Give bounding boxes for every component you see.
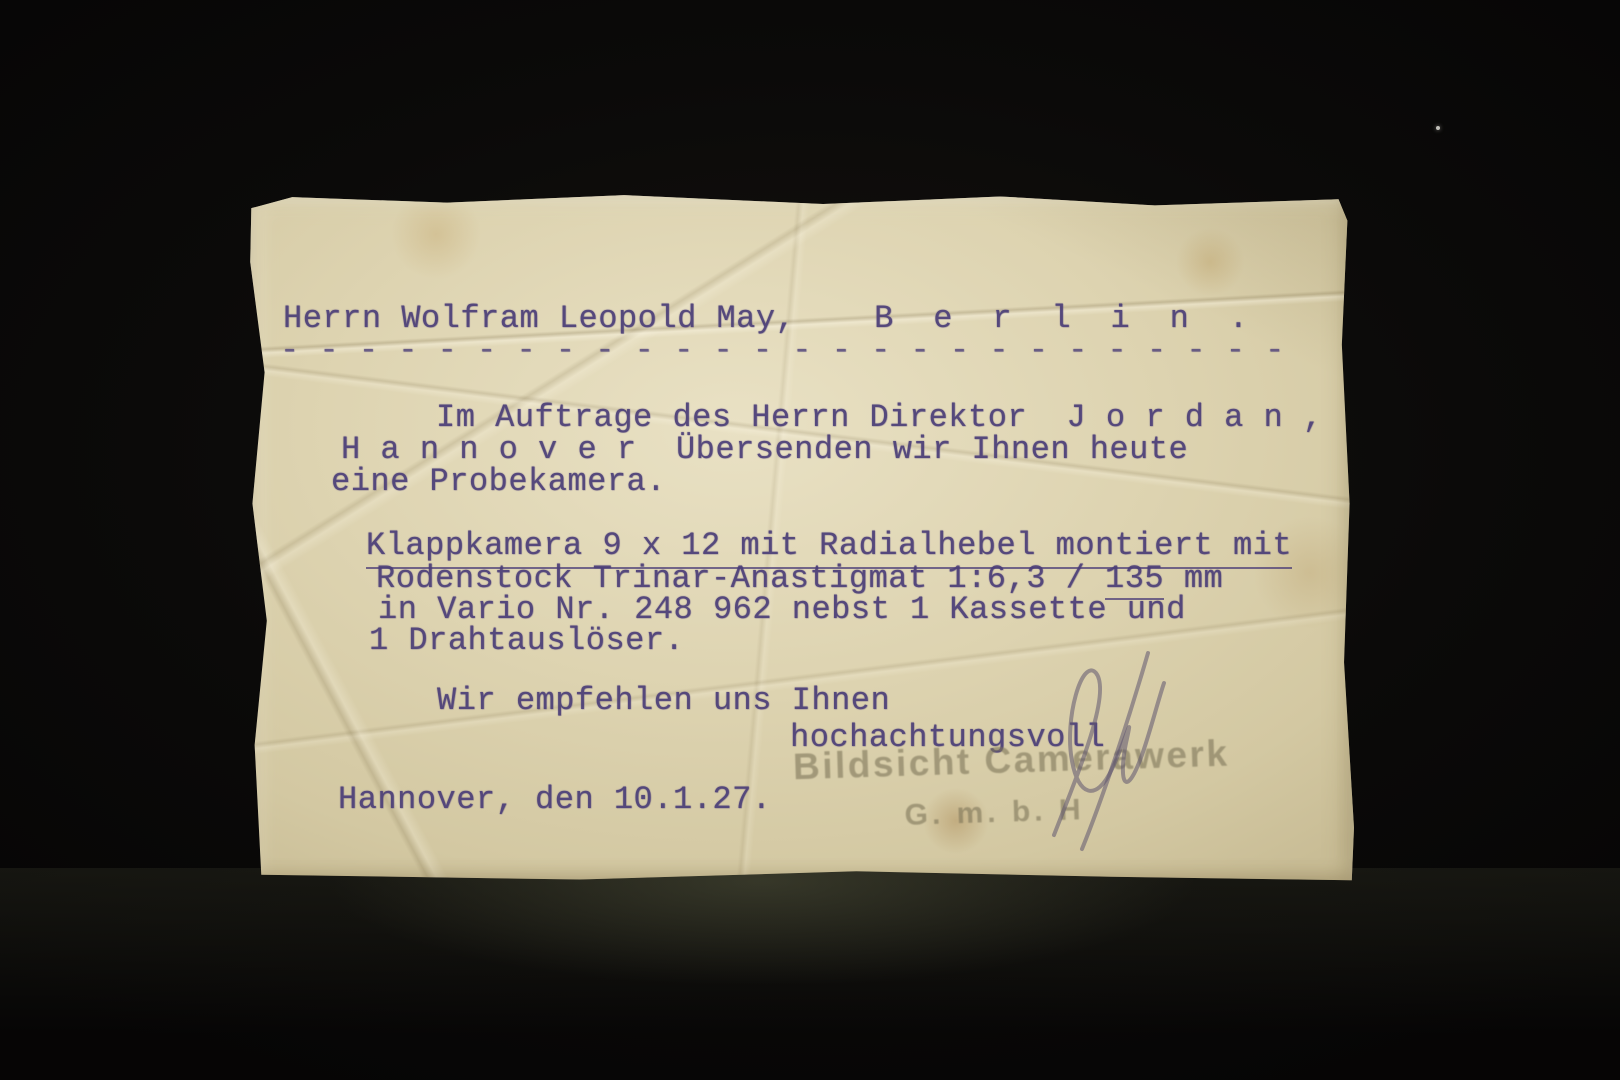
camera-spec-line-1: Klappkamera 9 x 12 mit Radialhebel monti…: [366, 528, 1292, 564]
dust-speck: [1436, 126, 1440, 130]
table-surface: [0, 868, 1620, 1080]
photo-backdrop: Herrn Wolfram Leopold May, B e r l i n .…: [0, 0, 1620, 1080]
letter-paper: Herrn Wolfram Leopold May, B e r l i n .…: [248, 193, 1354, 883]
camera-spec-line-4: 1 Drahtauslöser.: [369, 623, 684, 659]
handwritten-signature: [1020, 645, 1190, 860]
body-line-3: eine Probekamera.: [331, 464, 666, 500]
dateline: Hannover, den 10.1.27.: [338, 782, 771, 818]
typed-dashed-rule: - - - - - - - - - - - - - - - - - - - - …: [280, 333, 1285, 369]
closing-line: Wir empfehlen uns Ihnen: [437, 683, 890, 719]
